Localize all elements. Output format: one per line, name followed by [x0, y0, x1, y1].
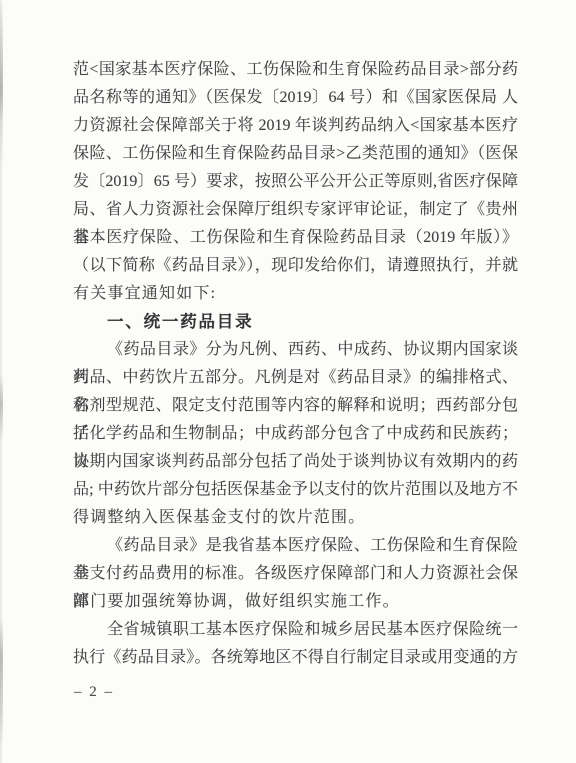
body-line: 保险、工伤保险和生育保险药品目录>乙类范围的通知》（医保 — [73, 140, 518, 168]
body-line: 力资源社会保障部关于将 2019 年谈判药品纳入<国家基本医疗 — [73, 112, 518, 140]
body-line: 称剂型规范、限定支付范围等内容的解释和说明；西药部分包括 — [73, 392, 518, 420]
body-line: 《药品目录》是我省基本医疗保险、工伤保险和生育保险基 — [73, 532, 518, 560]
page-number: – 2 – — [74, 682, 114, 702]
body-line: 品; 中药饮片部分包括医保基金予以支付的饮片范围以及地方不 — [73, 476, 518, 504]
body-line: 发〔2019〕65 号）要求，按照公平公开公正等原则,省医疗保障 — [73, 168, 518, 196]
body-line: （以下简称《药品目录》），现印发给你们，请遵照执行，并就 — [73, 252, 518, 280]
body-line: 《药品目录》分为凡例、西药、中成药、协议期内国家谈判 — [73, 336, 518, 364]
body-line: 执行《药品目录》。各统筹地区不得自行制定目录或用变通的方 — [73, 644, 518, 672]
body-line: 基本医疗保险、工伤保险和生育保险药品目录（2019 年版）》 — [73, 224, 518, 252]
document-body: 范<国家基本医疗保险、工伤保险和生育保险药品目录>部分药 品名称等的通知》（医保… — [73, 56, 518, 672]
body-line: 范<国家基本医疗保险、工伤保险和生育保险药品目录>部分药 — [73, 56, 518, 84]
body-line: 了化学药品和生物制品；中成药部分包含了中成药和民族药；协 — [73, 420, 518, 448]
body-line: 全省城镇职工基本医疗保险和城乡居民基本医疗保险统一 — [73, 616, 518, 644]
body-line: 议期内国家谈判药品部分包括了尚处于谈判协议有效期内的药 — [73, 448, 518, 476]
body-line: 金支付药品费用的标准。各级医疗保障部门和人力资源社会保障 — [73, 560, 518, 588]
body-line: 得调整纳入医保基金支付的饮片范围。 — [73, 504, 518, 532]
scan-edge-artifact — [0, 0, 3, 763]
body-line: 药品、中药饮片五部分。凡例是对《药品目录》的编排格式、名 — [73, 364, 518, 392]
body-line: 局、省人力资源社会保障厅组织专家评审论证，制定了《贵州省 — [73, 196, 518, 224]
document-page: 范<国家基本医疗保险、工伤保险和生育保险药品目录>部分药 品名称等的通知》（医保… — [0, 0, 576, 763]
body-line: 部门要加强统筹协调，做好组织实施工作。 — [73, 588, 518, 616]
body-line: 有关事宜通知如下: — [73, 280, 518, 308]
body-line: 品名称等的通知》（医保发〔2019〕64 号）和《国家医保局 人 — [73, 84, 518, 112]
section-heading: 一、统一药品目录 — [73, 308, 518, 336]
